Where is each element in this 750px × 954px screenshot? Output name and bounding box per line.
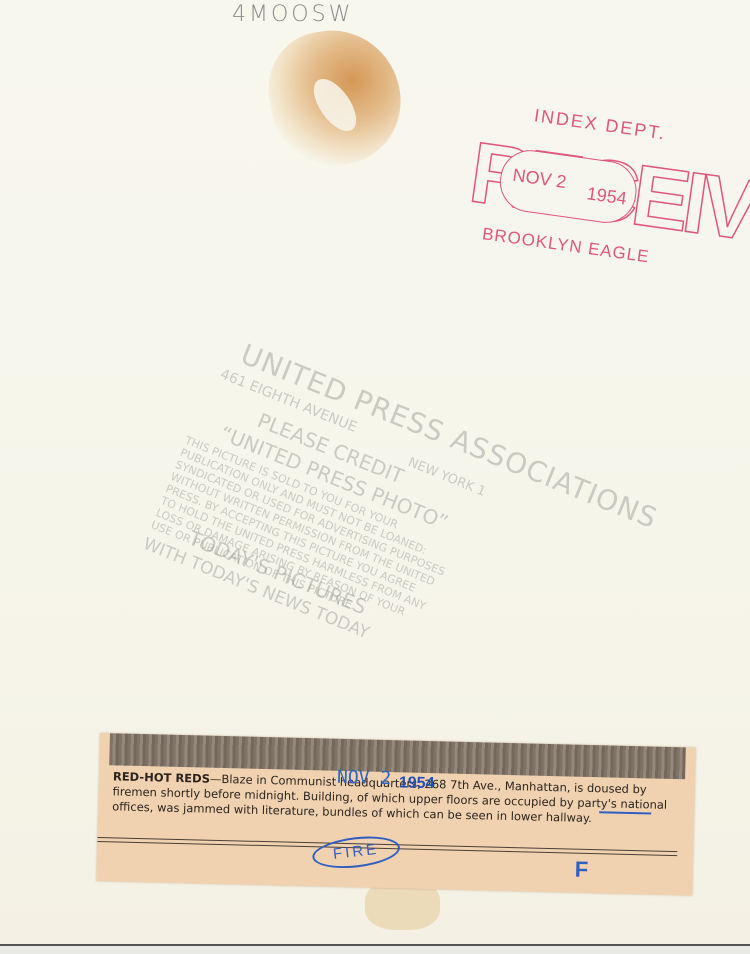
scan-bottom-edge <box>0 944 750 954</box>
initial-mark: F <box>574 857 588 883</box>
clipping-date-stamp: NOV 2 <box>337 767 392 789</box>
newspaper-clipping: RED-HOT REDS—Blaze in Communist headquar… <box>96 733 695 896</box>
clipping-headline: RED-HOT REDS <box>113 769 210 785</box>
received-stamp: INDEX DEPT. RECEIVED NOV 2 1954 BROOKLYN… <box>457 98 699 302</box>
clipping-caption: RED-HOT REDS—Blaze in Communist headquar… <box>112 769 681 828</box>
pencil-note: 4MOOSW <box>232 2 353 27</box>
fire-category-mark: FIRE <box>311 832 402 872</box>
clipping-year-stamp: 1954 <box>399 774 435 793</box>
